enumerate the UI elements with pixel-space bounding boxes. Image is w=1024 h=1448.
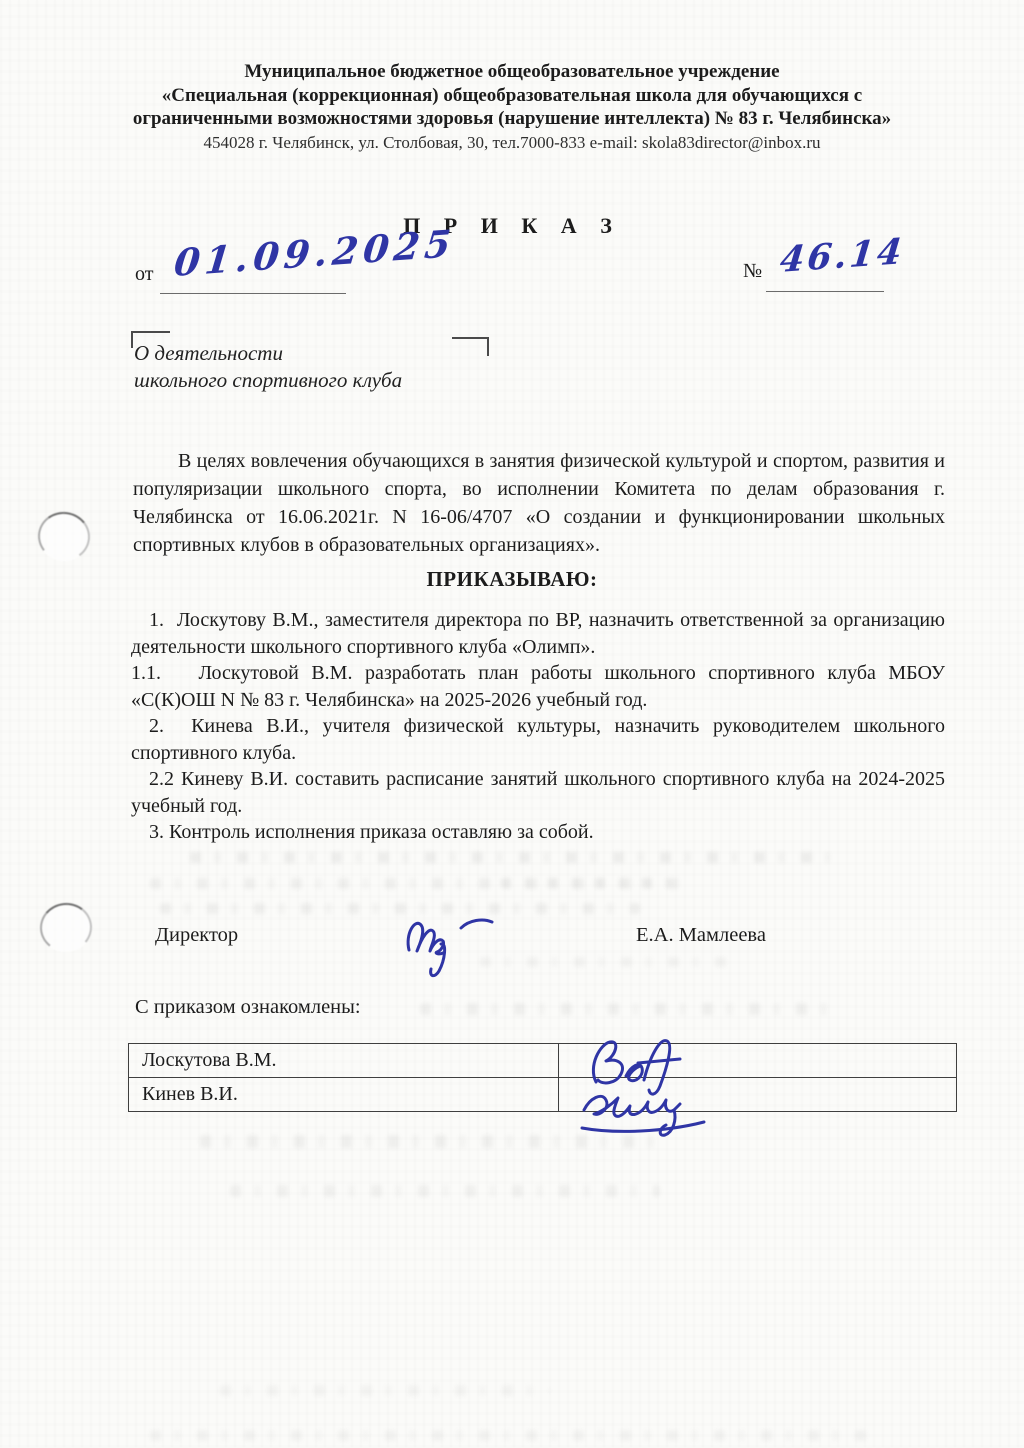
- resolution-heading: ПРИКАЗЫВАЮ:: [0, 567, 1024, 592]
- bleed-through-smudge: [150, 878, 690, 889]
- bleed-through-smudge: [420, 1003, 840, 1015]
- bleed-through-smudge: [230, 1185, 660, 1197]
- org-name-line1: Муниципальное бюджетное общеобразователь…: [0, 60, 1024, 84]
- hole-punch-mark: [35, 509, 93, 565]
- order-items: 1. Лоскутову В.М., заместителя директора…: [131, 607, 945, 846]
- hole-punch-mark: [38, 900, 95, 954]
- date-underline: [160, 293, 346, 294]
- acknowledgement-table: Лоскутова В.М. Кинев В.И.: [128, 1043, 957, 1112]
- order-item-3: 3. Контроль исполнения приказа оставляю …: [131, 819, 945, 846]
- ack-signature-cell: [559, 1078, 957, 1112]
- bleed-through-smudge: [150, 1430, 870, 1441]
- order-item-1-1: 1.1. Лоскутовой В.М. разработать план ра…: [131, 660, 945, 713]
- org-address: 454028 г. Челябинск, ул. Столбовая, 30, …: [0, 131, 1024, 154]
- bleed-through-smudge: [220, 1385, 550, 1396]
- org-name-line3: ограниченными возможностями здоровья (на…: [0, 107, 1024, 131]
- letterhead: Муниципальное бюджетное общеобразователь…: [0, 60, 1024, 154]
- ack-signature-cell: [559, 1044, 957, 1078]
- number-label: №: [743, 260, 762, 283]
- order-item-2-2: 2.2 Киневу В.И. составить расписание зан…: [131, 766, 945, 819]
- director-signature: [395, 900, 525, 985]
- preamble-paragraph: В целях вовлечения обучающихся в занятия…: [133, 447, 945, 559]
- director-role-label: Директор: [155, 924, 238, 947]
- subject-line2: школьного спортивного клуба: [134, 367, 554, 394]
- order-item-2: 2. Кинева В.И., учителя физической культ…: [131, 713, 945, 766]
- bleed-through-smudge: [200, 1135, 660, 1148]
- subject-line1: О деятельности: [134, 340, 554, 367]
- bleed-through-smudge: [480, 957, 730, 967]
- bleed-through-smudge: [500, 878, 670, 888]
- handwritten-number: 46.14: [778, 231, 907, 281]
- ack-name-kinev: Кинев В.И.: [129, 1078, 559, 1112]
- acknowledgement-label: С приказом ознакомлены:: [135, 996, 361, 1019]
- director-name: Е.А. Мамлеева: [636, 924, 766, 947]
- table-row: Лоскутова В.М.: [129, 1044, 957, 1078]
- org-name-line2: «Специальная (коррекционная) общеобразов…: [0, 84, 1024, 108]
- number-underline: [766, 291, 884, 292]
- bleed-through-smudge: [160, 903, 640, 914]
- ack-name-loskutova: Лоскутова В.М.: [129, 1044, 559, 1078]
- order-item-1: 1. Лоскутову В.М., заместителя директора…: [131, 607, 945, 660]
- table-row: Кинев В.И.: [129, 1078, 957, 1112]
- order-subject: О деятельности школьного спортивного клу…: [134, 340, 554, 394]
- bleed-through-smudge: [190, 852, 830, 863]
- date-label: от: [135, 263, 153, 286]
